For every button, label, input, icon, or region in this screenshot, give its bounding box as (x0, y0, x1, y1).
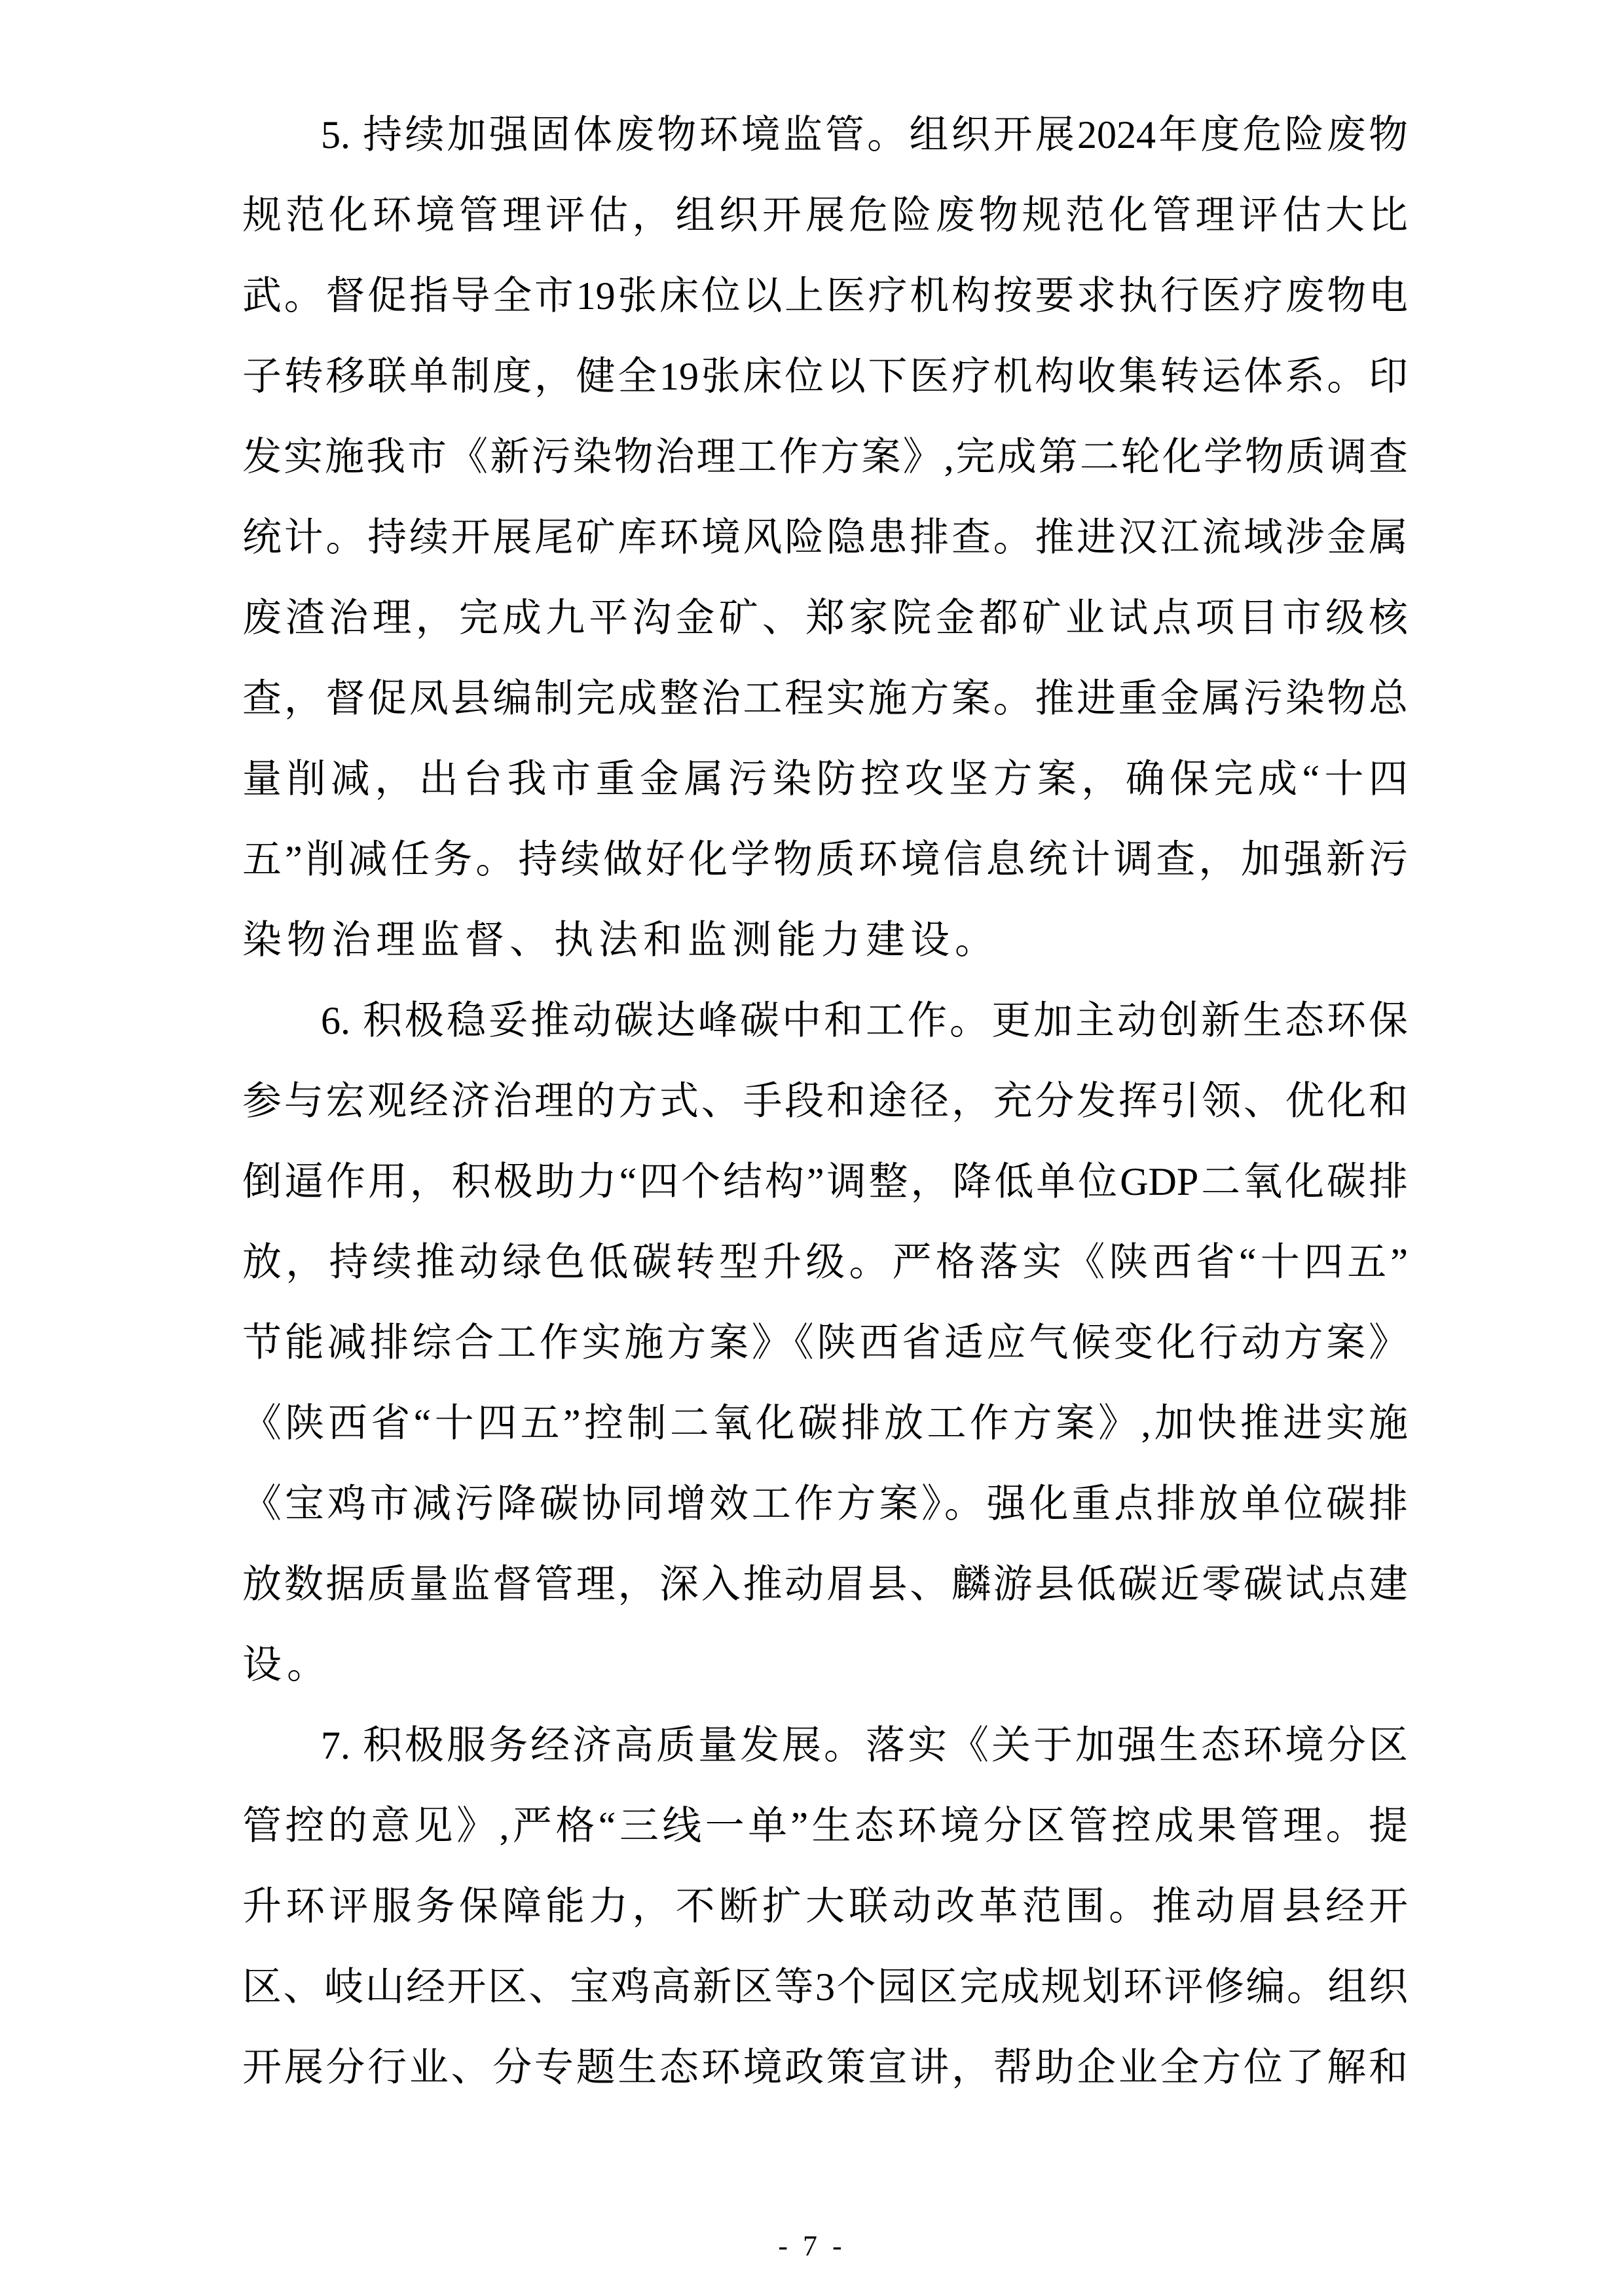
page-number: - 7 - (0, 2229, 1624, 2263)
text-line: 染物治理监督、执法和监测能力建设。 (242, 900, 1408, 981)
text-line: 规范化环境管理评估，组织开展危险废物规范化管理评估大比 (242, 175, 1408, 256)
text-line: 参与宏观经济治理的方式、手段和途径，充分发挥引领、优化和 (242, 1061, 1408, 1142)
text-line: 查，督促凤县编制完成整治工程实施方案。推进重金属污染物总 (242, 659, 1408, 739)
text-line: 升环评服务保障能力，不断扩大联动改革范围。推动眉县经开 (242, 1867, 1408, 1947)
text-line: 放，持续推动绿色低碳转型升级。严格落实《陕西省“十四五” (242, 1222, 1408, 1303)
text-line: 管控的意见》,严格“三线一单”生态环境分区管控成果管理。提 (242, 1786, 1408, 1867)
text-line: 放数据质量监督管理，深入推动眉县、麟游县低碳近零碳试点建 (242, 1544, 1408, 1625)
text-line: 节能减排综合工作实施方案》《陕西省适应气候变化行动方案》 (242, 1303, 1408, 1383)
text-line: 倒逼作用，积极助力“四个结构”调整，降低单位GDP二氧化碳排 (242, 1142, 1408, 1222)
text-line: 废渣治理，完成九平沟金矿、郑家院金都矿业试点项目市级核 (242, 578, 1408, 659)
text-line: 五”削减任务。持续做好化学物质环境信息统计调查，加强新污 (242, 820, 1408, 900)
text-line: 量削减，出台我市重金属污染防控攻坚方案，确保完成“十四 (242, 739, 1408, 820)
text-line: 设。 (242, 1625, 1408, 1705)
text-line: 开展分行业、分专题生态环境政策宣讲，帮助企业全方位了解和 (242, 2028, 1408, 2108)
text-line: 子转移联单制度，健全19张床位以下医疗机构收集转运体系。印 (242, 337, 1408, 417)
document-page: 5. 持续加强固体废物环境监管。组织开展2024年度危险废物 规范化环境管理评估… (0, 0, 1624, 2296)
text-line: 区、岐山经开区、宝鸡高新区等3个园区完成规划环评修编。组织 (242, 1947, 1408, 2028)
text-line: 7. 积极服务经济高质量发展。落实《关于加强生态环境分区 (242, 1705, 1408, 1786)
text-line: 统计。持续开展尾矿库环境风险隐患排查。推进汉江流域涉金属 (242, 498, 1408, 578)
text-line: 6. 积极稳妥推动碳达峰碳中和工作。更加主动创新生态环保 (242, 981, 1408, 1061)
document-body: 5. 持续加强固体废物环境监管。组织开展2024年度危险废物 规范化环境管理评估… (242, 95, 1408, 2108)
text-line: 5. 持续加强固体废物环境监管。组织开展2024年度危险废物 (242, 95, 1408, 175)
text-line: 发实施我市《新污染物治理工作方案》,完成第二轮化学物质调查 (242, 417, 1408, 498)
text-line: 武。督促指导全市19张床位以上医疗机构按要求执行医疗废物电 (242, 256, 1408, 337)
text-line: 《宝鸡市减污降碳协同增效工作方案》。强化重点排放单位碳排 (242, 1464, 1408, 1544)
text-line: 《陕西省“十四五”控制二氧化碳排放工作方案》,加快推进实施 (242, 1383, 1408, 1464)
